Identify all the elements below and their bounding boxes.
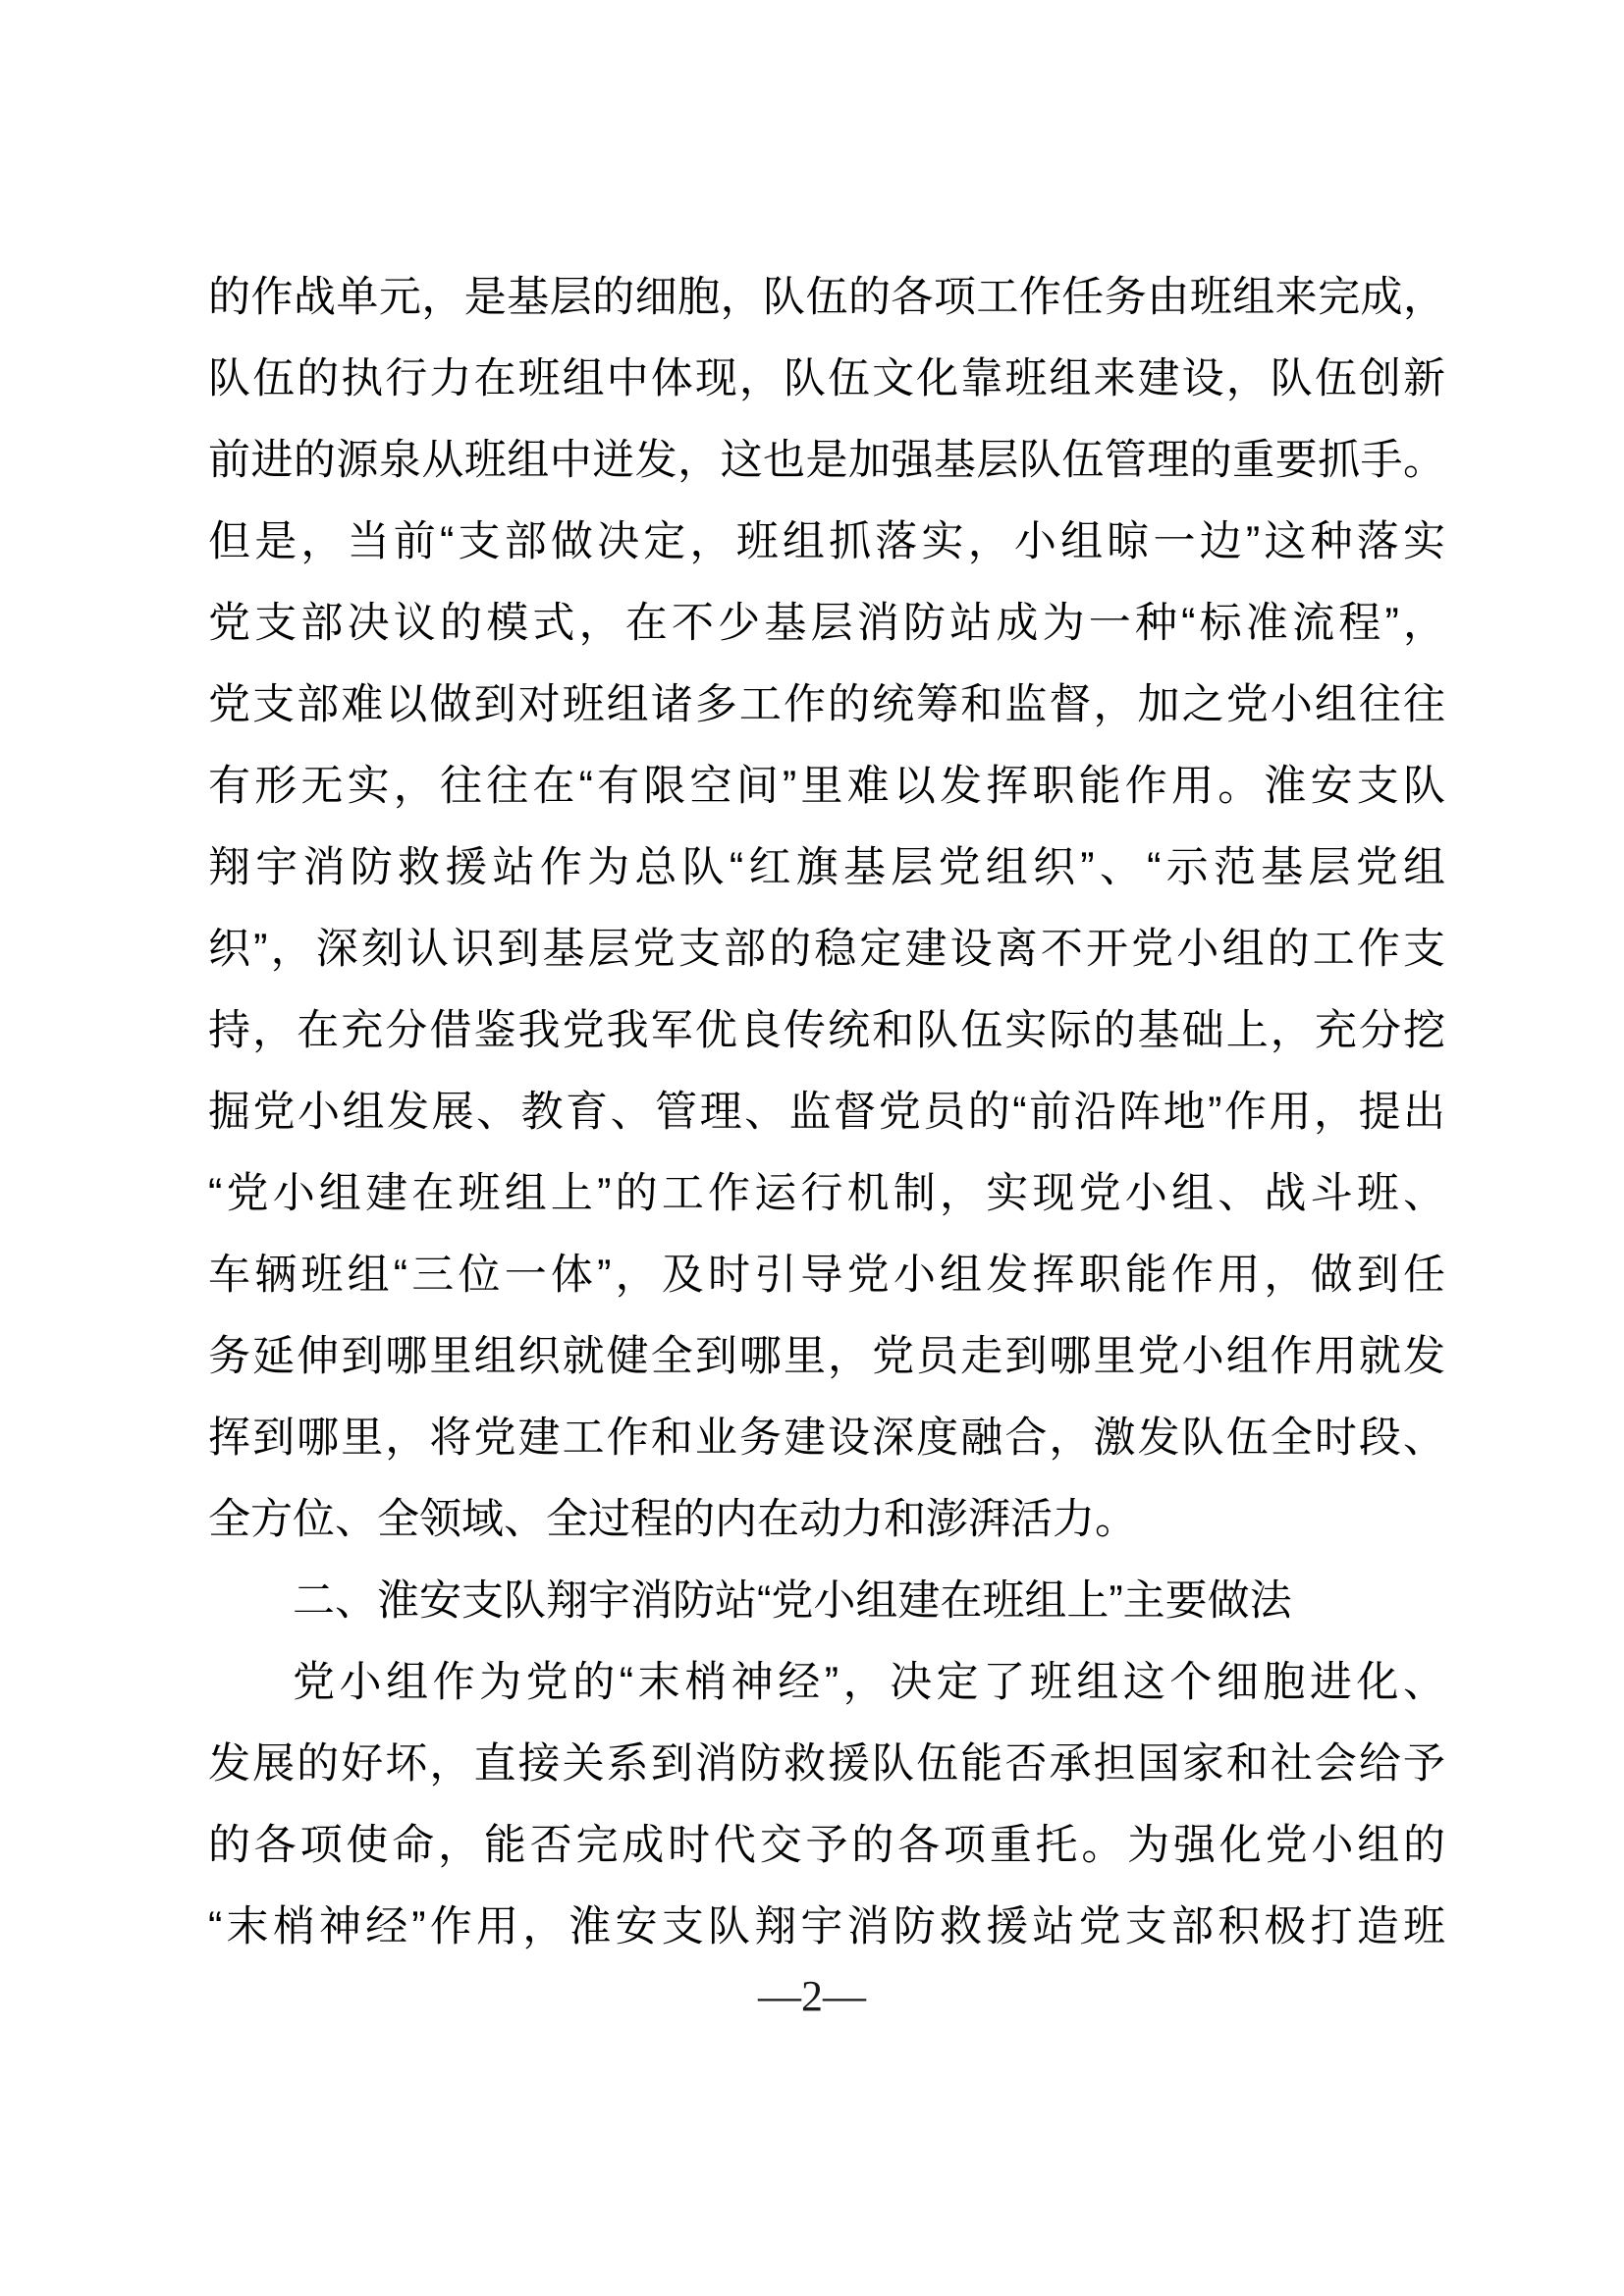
document-page: 的作战单元，是基层的细胞，队伍的各项工作任务由班组来完成，队伍的执行力在班组中体…: [0, 0, 1624, 2296]
text-line: “党小组建在班组上”的工作运行机制，实现党小组、战斗班、: [208, 1153, 1445, 1235]
text-line: 全方位、全领域、全过程的内在动力和澎湃活力。: [208, 1479, 1445, 1561]
text-line: 有形无实，往往在“有限空间”里难以发挥职能作用。淮安支队: [208, 746, 1445, 828]
text-line: 织”，深刻认识到基层党支部的稳定建设离不开党小组的工作支: [208, 909, 1445, 990]
text-line: 持，在充分借鉴我党我军优良传统和队伍实际的基础上，充分挖: [208, 990, 1445, 1072]
text-line: 车辆班组“三位一体”，及时引导党小组发挥职能作用，做到任: [208, 1235, 1445, 1316]
text-line: 队伍的执行力在班组中体现，队伍文化靠班组来建设，队伍创新: [208, 339, 1445, 420]
text-line: 挥到哪里，将党建工作和业务建设深度融合，激发队伍全时段、: [208, 1398, 1445, 1479]
text-line: 翔宇消防救援站作为总队“红旗基层党组织”、“示范基层党组: [208, 828, 1445, 909]
text-line: 的各项使命，能否完成时代交予的各项重托。为强化党小组的: [208, 1805, 1445, 1887]
text-line: 党支部决议的模式，在不少基层消防站成为一种“标准流程”，: [208, 583, 1445, 665]
document-body: 的作战单元，是基层的细胞，队伍的各项工作任务由班组来完成，队伍的执行力在班组中体…: [208, 257, 1445, 1968]
paragraph-continuation: 的作战单元，是基层的细胞，队伍的各项工作任务由班组来完成，队伍的执行力在班组中体…: [208, 257, 1445, 1561]
paragraph-methods: 党小组作为党的“末梢神经”，决定了班组这个细胞进化、发展的好坏，直接关系到消防救…: [208, 1642, 1445, 1968]
text-line: 党小组作为党的“末梢神经”，决定了班组这个细胞进化、: [208, 1642, 1445, 1724]
text-line: 党支部难以做到对班组诸多工作的统筹和监督，加之党小组往往: [208, 665, 1445, 746]
text-line: 的作战单元，是基层的细胞，队伍的各项工作任务由班组来完成，: [208, 257, 1445, 339]
page-number: —2—: [758, 1972, 866, 2020]
text-line: “末梢神经”作用，淮安支队翔宇消防救援站党支部积极打造班: [208, 1887, 1445, 1968]
text-line: 掘党小组发展、教育、管理、监督党员的“前沿阵地”作用，提出: [208, 1072, 1445, 1153]
text-line: 前进的源泉从班组中迸发，这也是加强基层队伍管理的重要抓手。: [208, 420, 1445, 502]
text-line: 务延伸到哪里组织就健全到哪里，党员走到哪里党小组作用就发: [208, 1316, 1445, 1398]
text-line: 但是，当前“支部做决定，班组抓落实，小组晾一边”这种落实: [208, 502, 1445, 583]
text-line: 发展的好坏，直接关系到消防救援队伍能否承担国家和社会给予: [208, 1724, 1445, 1805]
section-heading: 二、淮安支队翔宇消防站“党小组建在班组上”主要做法: [208, 1561, 1445, 1642]
page-footer: —2—: [0, 1973, 1624, 2020]
